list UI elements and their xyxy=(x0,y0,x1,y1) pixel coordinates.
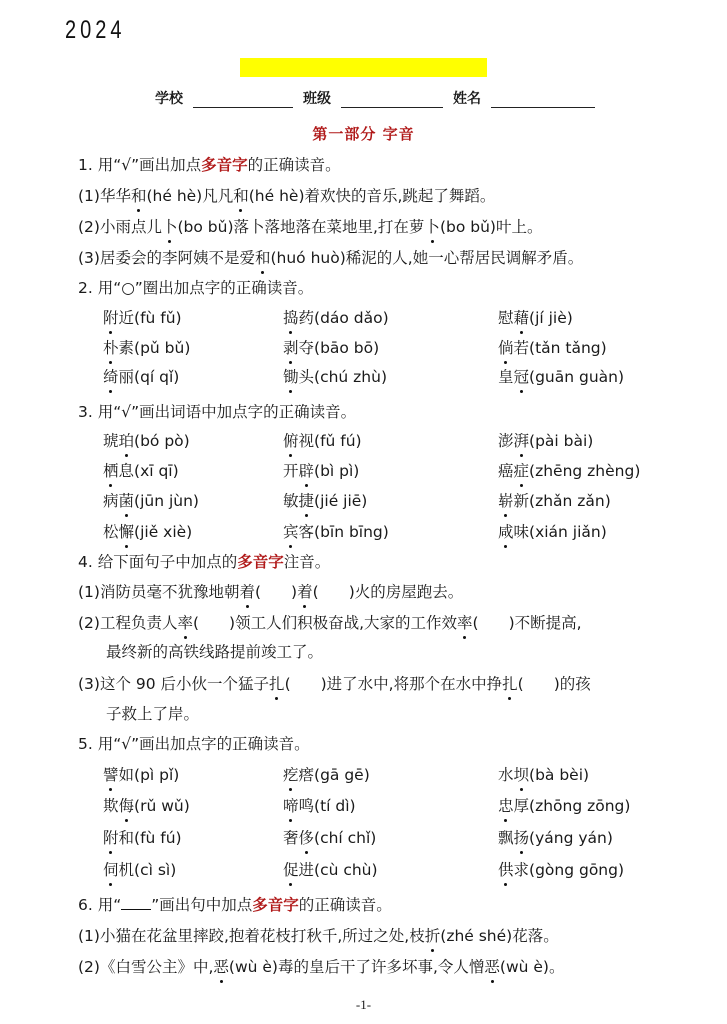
word-item: 琥珀(bó pò) xyxy=(103,431,190,451)
text-segment: (wù è)毒的皇后干了许多坏事,令人憎 xyxy=(229,958,485,976)
underline-symbol xyxy=(121,897,151,910)
dotted-char: 扎 xyxy=(269,674,285,694)
text-segment: (wù è)。 xyxy=(500,958,565,976)
text-segment: 皇 xyxy=(498,368,514,386)
dotted-char: 卜 xyxy=(162,217,178,237)
text-segment: 药(dáo dǎo) xyxy=(299,309,389,327)
text-segment: (3)这个 90 后小伙一个猛子 xyxy=(78,675,269,693)
dotted-char: 恶 xyxy=(213,957,229,977)
word-item: 慰藉(jí jiè) xyxy=(498,308,573,328)
q4-item-2-cont: 最终新的高铁线路提前竣工了。 xyxy=(106,642,323,662)
dotted-char: 促 xyxy=(283,860,299,880)
text-segment: 慰 xyxy=(498,309,514,327)
text-segment: (zhēng zhèng) xyxy=(529,462,640,480)
name-label: 姓名 xyxy=(453,88,481,108)
dotted-char: 着 xyxy=(297,582,313,602)
text-segment: )火的房屋跑去。 xyxy=(349,583,464,601)
word-item: 栖息(xī qī) xyxy=(103,461,179,481)
text-segment: 和(fù fú) xyxy=(119,829,182,847)
word-item: 剥夺(bāo bō) xyxy=(283,338,379,358)
text-segment: 6. 用“ xyxy=(78,896,121,914)
student-info-row: 学校 班级 姓名 xyxy=(155,88,595,108)
text-segment: (3)居委会的李阿姨不是爱 xyxy=(78,249,255,267)
dotted-char: 藉 xyxy=(514,308,530,328)
text-segment: 的正确读音。 xyxy=(299,896,392,914)
dotted-char: 俯 xyxy=(283,431,299,451)
word-item: 锄头(chú zhù) xyxy=(283,367,387,387)
word-item: 癌症(zhēng zhèng) xyxy=(498,461,640,481)
text-segment: (bó pò) xyxy=(134,432,190,450)
word-item: 咸味(xián jiǎn) xyxy=(498,522,607,542)
text-segment: ( xyxy=(285,675,291,693)
dotted-char: 宾 xyxy=(283,522,299,542)
text-segment: ( xyxy=(518,675,524,693)
text-segment: (yáng yán) xyxy=(529,829,613,847)
text-segment: 开 xyxy=(283,462,299,480)
text-segment: 机(cì sì) xyxy=(119,861,177,879)
text-segment: 松 xyxy=(103,523,119,541)
text-segment: 4. 给下面句子中加点的 xyxy=(78,553,237,571)
dotted-char: 折 xyxy=(425,926,441,946)
word-item: 附和(fù fú) xyxy=(103,828,182,848)
text-segment: 水 xyxy=(498,766,514,784)
q6-red-keyword: 多音字 xyxy=(252,896,299,914)
text-segment: (rǔ wǔ) xyxy=(134,797,190,815)
text-segment: (bo bǔ)落卜落地落在菜地里,打在萝 xyxy=(177,218,424,236)
dotted-char: 症 xyxy=(514,461,530,481)
dotted-char: 啼 xyxy=(283,796,299,816)
word-item: 水坝(bà bèi) xyxy=(498,765,589,785)
text-segment: 素(pǔ bǔ) xyxy=(119,339,191,357)
word-item: 倘若(tǎn tǎng) xyxy=(498,338,607,358)
school-label: 学校 xyxy=(155,88,183,108)
dotted-char: 和 xyxy=(233,186,249,206)
dotted-char: 懈 xyxy=(119,522,135,542)
text-segment: 瘩(gā gē) xyxy=(299,766,370,784)
text-segment: (jí jiè) xyxy=(529,309,573,327)
text-segment: 病 xyxy=(103,492,119,510)
word-item: 病菌(jūn jùn) xyxy=(103,491,199,511)
word-item: 宾客(bīn bīng) xyxy=(283,522,389,542)
text-segment: )不断提高, xyxy=(509,614,582,632)
text-segment: ( xyxy=(313,583,319,601)
word-item: 伺机(cì sì) xyxy=(103,860,176,880)
text-segment: 近(fù fǔ) xyxy=(119,309,182,327)
dotted-char: 卜 xyxy=(424,217,440,237)
dotted-char: 附 xyxy=(103,828,119,848)
text-segment: 头(chú zhù) xyxy=(299,368,387,386)
title-highlight-bar xyxy=(240,58,487,77)
page-number: -1- xyxy=(0,997,727,1013)
word-item: 忠厚(zhōng zōng) xyxy=(498,796,630,816)
dotted-char: 着 xyxy=(239,582,255,602)
word-item: 崭新(zhǎn zǎn) xyxy=(498,491,611,511)
text-segment: 味(xián jiǎn) xyxy=(514,523,607,541)
text-segment: (jūn jùn) xyxy=(134,492,199,510)
question-4-title: 4. 给下面句子中加点的多音字注音。 xyxy=(78,552,330,572)
text-segment: 厚(zhōng zōng) xyxy=(514,797,631,815)
dotted-char: 供 xyxy=(498,860,514,880)
text-segment: ( xyxy=(255,583,261,601)
dotted-char: 剥 xyxy=(283,338,299,358)
text-segment: (2)《白雪公主》中, xyxy=(78,958,213,976)
text-segment: (pài bài) xyxy=(529,432,593,450)
text-segment: 奢 xyxy=(283,829,299,847)
text-segment: )进了水中,将那个在水中挣 xyxy=(321,675,502,693)
dotted-char: 绮 xyxy=(103,367,119,387)
dotted-char: 坝 xyxy=(514,765,530,785)
dotted-char: 率 xyxy=(177,613,193,633)
text-segment: 敏 xyxy=(283,492,299,510)
text-segment: )领工人们积极奋战,大家的工作效 xyxy=(229,614,457,632)
text-segment: (zhé shé)花落。 xyxy=(440,927,558,945)
dotted-char: 湃 xyxy=(514,431,530,451)
text-segment: (hé hè)凡凡 xyxy=(146,187,233,205)
dotted-char: 扬 xyxy=(514,828,530,848)
dotted-char: 捷 xyxy=(299,491,315,511)
dotted-char: 和 xyxy=(255,248,271,268)
dotted-char: 譬 xyxy=(103,765,119,785)
word-item: 疙瘩(gā gē) xyxy=(283,765,370,785)
question-5-title: 5. 用“√”画出加点字的正确读音。 xyxy=(78,734,310,754)
word-item: 奢侈(chí chǐ) xyxy=(283,828,376,848)
dotted-char: 辟 xyxy=(299,461,315,481)
text-segment: (jié jiē) xyxy=(314,492,367,510)
dotted-char: 附 xyxy=(103,308,119,328)
dotted-char: 侈 xyxy=(299,828,315,848)
q4-item-1: (1)消防员毫不犹豫地朝着()着()火的房屋跑去。 xyxy=(78,582,463,602)
word-item: 附近(fù fǔ) xyxy=(103,308,182,328)
word-item: 俯视(fǔ fú) xyxy=(283,431,362,451)
word-item: 欺侮(rǔ wǔ) xyxy=(103,796,190,816)
word-item: 绮丽(qí qǐ) xyxy=(103,367,179,387)
text-segment: ”画出句中加点 xyxy=(151,896,252,914)
dotted-char: 珀 xyxy=(119,431,135,451)
text-segment: (chí chǐ) xyxy=(314,829,376,847)
text-segment: (huó huò)稀泥的人,她一心帮居民调解矛盾。 xyxy=(270,249,583,267)
dotted-char: 和 xyxy=(131,186,147,206)
q4-red-keyword: 多音字 xyxy=(237,553,284,571)
q1-prefix: 1. 用“√”画出加点 xyxy=(78,156,201,174)
text-segment: 丽(qí qǐ) xyxy=(119,368,180,386)
text-segment: 客(bīn bīng) xyxy=(299,523,389,541)
text-segment: 澎 xyxy=(498,432,514,450)
word-item: 皇冠(guān guàn) xyxy=(498,367,624,387)
question-6-title: 6. 用“”画出句中加点多音字的正确读音。 xyxy=(78,895,392,915)
q4-item-2: (2)工程负责人率()领工人们积极奋战,大家的工作效率()不断提高, xyxy=(78,613,582,633)
dotted-char: 扎 xyxy=(502,674,518,694)
dotted-char: 捣 xyxy=(283,308,299,328)
text-segment: 琥 xyxy=(103,432,119,450)
question-3-title: 3. 用“√”画出词语中加点字的正确读音。 xyxy=(78,402,356,422)
text-segment: (1)小猫在花盆里摔跤,抱着花枝打秋千,所过之处,枝 xyxy=(78,927,425,945)
q4-item-3: (3)这个 90 后小伙一个猛子扎()进了水中,将那个在水中挣扎()的孩 xyxy=(78,674,591,694)
text-segment: 夺(bāo bō) xyxy=(299,339,380,357)
dotted-char: 朴 xyxy=(103,338,119,358)
q1-item-1: (1)华华和(hé hè)凡凡和(hé hè)着欢快的音乐,跳起了舞蹈。 xyxy=(78,186,495,206)
word-item: 澎湃(pài bài) xyxy=(498,431,593,451)
text-segment: (bà bèi) xyxy=(529,766,589,784)
dotted-char: 疙 xyxy=(283,765,299,785)
dotted-char: 锄 xyxy=(283,367,299,387)
class-blank[interactable] xyxy=(341,93,443,108)
text-segment: )的孩 xyxy=(554,675,591,693)
dotted-char: 冠 xyxy=(514,367,530,387)
dotted-char: 栖 xyxy=(103,461,119,481)
text-segment: 息(xī qī) xyxy=(119,462,179,480)
q1-red-keyword: 多音字 xyxy=(201,156,248,174)
text-segment: 进(cù chù) xyxy=(299,861,378,879)
text-segment: (jiě xiè) xyxy=(134,523,192,541)
dotted-char: 侮 xyxy=(119,796,135,816)
text-segment: (hé hè)着欢快的音乐,跳起了舞蹈。 xyxy=(249,187,496,205)
text-segment: 欺 xyxy=(103,797,119,815)
q1-item-2: (2)小雨点儿卜(bo bǔ)落卜落地落在菜地里,打在萝卜(bo bǔ)叶上。 xyxy=(78,217,542,237)
word-item: 开辟(bì pì) xyxy=(283,461,359,481)
text-segment: ( xyxy=(473,614,479,632)
dotted-char: 率 xyxy=(457,613,473,633)
q4-item-3-cont: 子救上了岸。 xyxy=(106,704,199,724)
year-label: 2024 xyxy=(65,16,126,45)
word-item: 飘扬(yáng yán) xyxy=(498,828,613,848)
word-item: 朴素(pǔ bǔ) xyxy=(103,338,190,358)
dotted-char: 伺 xyxy=(103,860,119,880)
text-segment: 新(zhǎn zǎn) xyxy=(514,492,611,510)
text-segment: 飘 xyxy=(498,829,514,847)
q6-item-1: (1)小猫在花盆里摔跤,抱着花枝打秋千,所过之处,枝折(zhé shé)花落。 xyxy=(78,926,559,946)
text-segment: (bo bǔ)叶上。 xyxy=(440,218,543,236)
word-item: 捣药(dáo dǎo) xyxy=(283,308,389,328)
class-label: 班级 xyxy=(303,88,331,108)
text-segment: 若(tǎn tǎng) xyxy=(514,339,607,357)
dotted-char: 菌 xyxy=(119,491,135,511)
text-segment: ( xyxy=(193,614,199,632)
word-item: 敏捷(jié jiē) xyxy=(283,491,367,511)
dotted-char: 咸 xyxy=(498,522,514,542)
text-segment: 癌 xyxy=(498,462,514,480)
word-item: 啼鸣(tí dì) xyxy=(283,796,356,816)
q6-item-2: (2)《白雪公主》中,恶(wù è)毒的皇后干了许多坏事,令人憎恶(wù è)。 xyxy=(78,957,564,977)
text-segment: 视(fǔ fú) xyxy=(299,432,362,450)
section-title: 第一部分 字音 xyxy=(0,123,727,144)
q1-item-3: (3)居委会的李阿姨不是爱和(huó huò)稀泥的人,她一心帮居民调解矛盾。 xyxy=(78,248,583,268)
word-item: 松懈(jiě xiè) xyxy=(103,522,192,542)
text-segment: 注音。 xyxy=(284,553,331,571)
text-segment: 鸣(tí dì) xyxy=(299,797,356,815)
dotted-char: 忠 xyxy=(498,796,514,816)
text-segment: 求(gòng gōng) xyxy=(514,861,625,879)
dotted-char: 恶 xyxy=(484,957,500,977)
text-segment: (2)小雨点儿 xyxy=(78,218,162,236)
text-segment: (1)华华 xyxy=(78,187,131,205)
dotted-char: 倘 xyxy=(498,338,514,358)
word-item: 供求(gòng gōng) xyxy=(498,860,624,880)
text-segment: (bì pì) xyxy=(314,462,359,480)
text-segment: 如(pì pǐ) xyxy=(119,766,180,784)
question-2-title: 2. 用“○”圈出加点字的正确读音。 xyxy=(78,278,313,298)
question-1-title: 1. 用“√”画出加点多音字的正确读音。 xyxy=(78,155,341,175)
dotted-char: 崭 xyxy=(498,491,514,511)
word-item: 譬如(pì pǐ) xyxy=(103,765,179,785)
school-blank[interactable] xyxy=(193,93,293,108)
text-segment: (1)消防员毫不犹豫地朝 xyxy=(78,583,239,601)
text-segment: (guān guàn) xyxy=(529,368,624,386)
word-item: 促进(cù chù) xyxy=(283,860,378,880)
q1-suffix: 的正确读音。 xyxy=(248,156,341,174)
text-segment: (2)工程负责人 xyxy=(78,614,177,632)
name-blank[interactable] xyxy=(491,93,595,108)
